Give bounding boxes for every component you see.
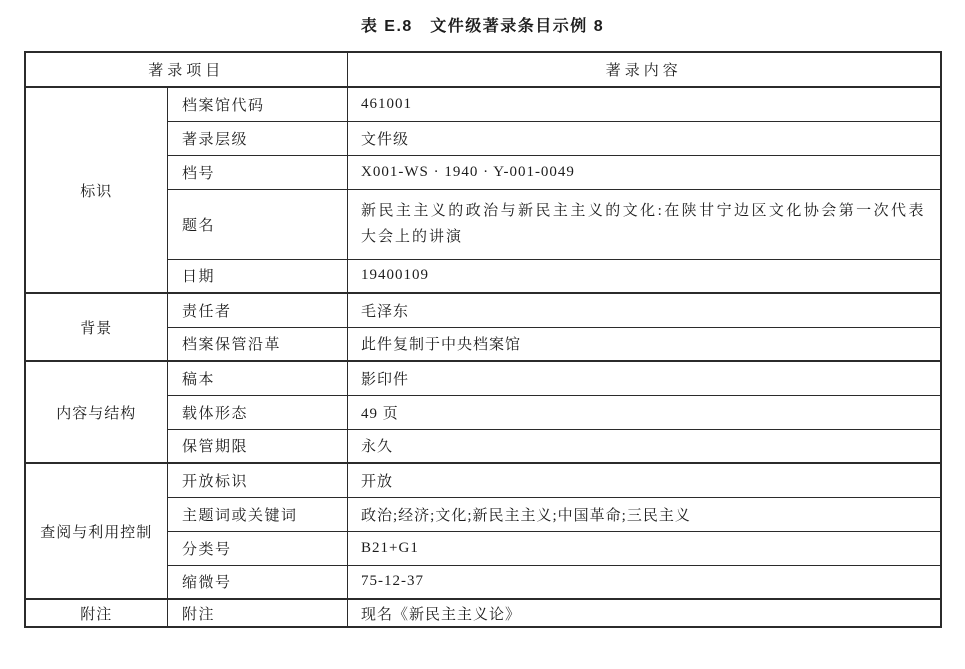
content-value: 现名《新民主主义论》 (348, 599, 941, 627)
group-label: 标识 (25, 87, 168, 293)
content-value: 此件复制于中央档案馆 (348, 327, 941, 361)
table-row: 查阅与利用控制开放标识开放 (25, 463, 941, 497)
item-label: 题名 (168, 189, 348, 259)
content-value: 75-12-37 (348, 565, 941, 599)
table-body: 标识档案馆代码461001著录层级文件级档号X001-WS · 1940 · Y… (25, 87, 941, 627)
table-header: 著录项目 著录内容 (25, 52, 941, 87)
table-row: 背景责任者毛泽东 (25, 293, 941, 327)
document-page: 表 E.8 文件级著录条目示例 8 著录项目 著录内容 标识档案馆代码46100… (0, 0, 965, 669)
item-label: 分类号 (168, 531, 348, 565)
header-row: 著录项目 著录内容 (25, 52, 941, 87)
item-label: 开放标识 (168, 463, 348, 497)
content-value: 政治;经济;文化;新民主主义;中国革命;三民主义 (348, 497, 941, 531)
item-label: 责任者 (168, 293, 348, 327)
table-row: 附注附注现名《新民主主义论》 (25, 599, 941, 627)
group-label: 附注 (25, 599, 168, 627)
header-item-column: 著录项目 (25, 52, 348, 87)
group-label: 背景 (25, 293, 168, 361)
content-value: 19400109 (348, 259, 941, 293)
content-value: 新民主主义的政治与新民主主义的文化:在陕甘宁边区文化协会第一次代表大会上的讲演 (348, 189, 941, 259)
item-label: 日期 (168, 259, 348, 293)
content-value: 49 页 (348, 395, 941, 429)
content-value: X001-WS · 1940 · Y-001-0049 (348, 155, 941, 189)
header-content-column: 著录内容 (348, 52, 941, 87)
item-label: 著录层级 (168, 121, 348, 155)
content-value: 文件级 (348, 121, 941, 155)
item-label: 附注 (168, 599, 348, 627)
item-label: 缩微号 (168, 565, 348, 599)
content-value: B21+G1 (348, 531, 941, 565)
table-row: 标识档案馆代码461001 (25, 87, 941, 121)
group-label: 查阅与利用控制 (25, 463, 168, 599)
content-value: 开放 (348, 463, 941, 497)
table-caption: 表 E.8 文件级著录条目示例 8 (0, 0, 965, 51)
item-label: 载体形态 (168, 395, 348, 429)
item-label: 档号 (168, 155, 348, 189)
item-label: 主题词或关键词 (168, 497, 348, 531)
item-label: 档案保管沿革 (168, 327, 348, 361)
group-label: 内容与结构 (25, 361, 168, 463)
item-label: 档案馆代码 (168, 87, 348, 121)
content-value: 毛泽东 (348, 293, 941, 327)
item-label: 保管期限 (168, 429, 348, 463)
description-entry-table: 著录项目 著录内容 标识档案馆代码461001著录层级文件级档号X001-WS … (24, 51, 942, 628)
content-value: 永久 (348, 429, 941, 463)
content-value: 影印件 (348, 361, 941, 395)
table-row: 内容与结构稿本影印件 (25, 361, 941, 395)
content-value: 461001 (348, 87, 941, 121)
item-label: 稿本 (168, 361, 348, 395)
